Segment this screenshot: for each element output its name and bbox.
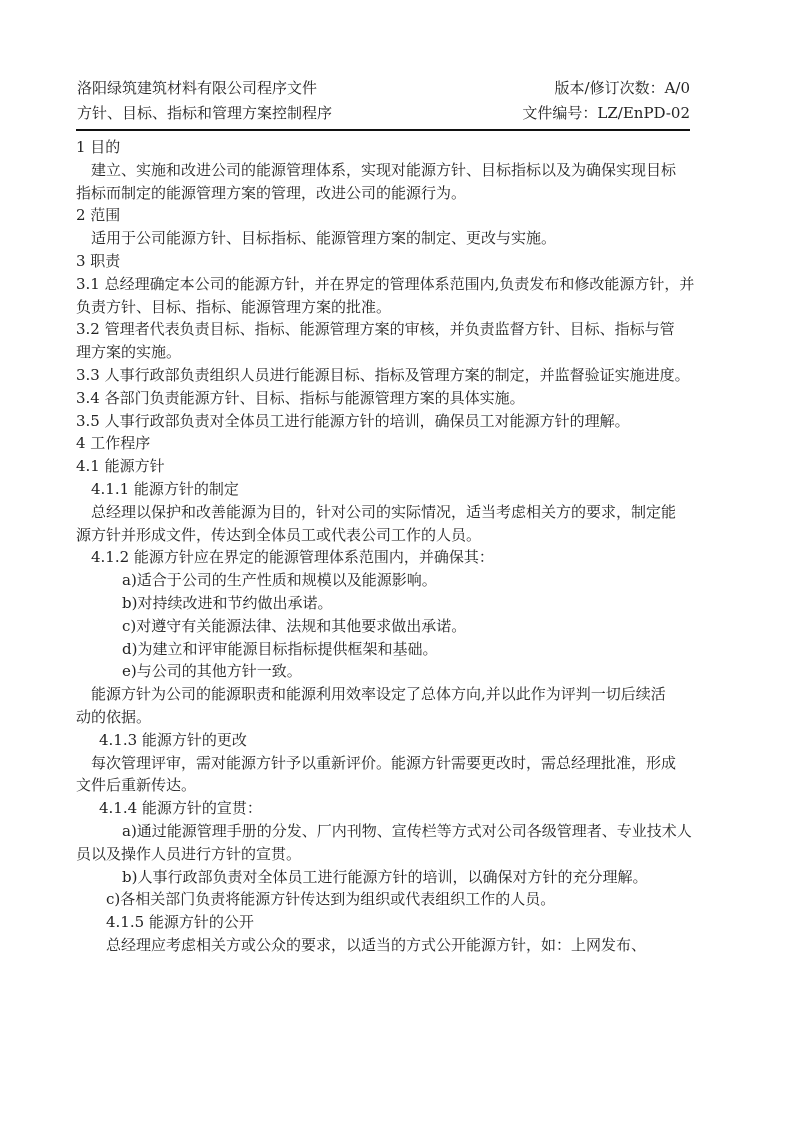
text-line: a)通过能源管理手册的分发、厂内刊物、宣传栏等方式对公司各级管理者、专业技术人: [76, 820, 716, 843]
text-line: e)与公司的其他方针一致。: [76, 660, 716, 683]
text-line: 4.1.2 能源方针应在界定的能源管理体系范围内，并确保其：: [76, 546, 716, 569]
text-line: 3.3 人事行政部负责组织人员进行能源目标、指标及管理方案的制定，并监督验证实施…: [76, 364, 716, 387]
text-line: 4.1.3 能源方针的更改: [76, 729, 716, 752]
text-line: 总经理以保护和改善能源为目的，针对公司的实际情况，适当考虑相关方的要求，制定能: [76, 501, 716, 524]
text-line: 总经理应考虑相关方或公众的要求，以适当的方式公开能源方针，如：上网发布、: [76, 934, 716, 957]
document-body: 1 目的建立、实施和改进公司的能源管理体系，实现对能源方针、目标指标以及为确保实…: [76, 136, 716, 957]
text-line: a)适合于公司的生产性质和规模以及能源影响。: [76, 569, 716, 592]
text-line: 动的依据。: [76, 706, 716, 729]
text-line: 4.1 能源方针: [76, 455, 716, 478]
text-line: 3.5 人事行政部负责对全体员工进行能源方针的培训，确保员工对能源方针的理解。: [76, 410, 716, 433]
document-page: 洛阳绿筑建筑材料有限公司程序文件 版本/修订次数：A/0 方针、目标、指标和管理…: [0, 0, 800, 1130]
text-line: 源方针并形成文件，传达到全体员工或代表公司工作的人员。: [76, 524, 716, 547]
text-line: 建立、实施和改进公司的能源管理体系，实现对能源方针、目标指标以及为确保实现目标: [76, 159, 716, 182]
text-line: 3.1 总经理确定本公司的能源方针，并在界定的管理体系范围内,负责发布和修改能源…: [76, 273, 716, 296]
version-label: 版本/修订次数：A/0: [555, 77, 690, 99]
text-line: 3.2 管理者代表负责目标、指标、能源管理方案的审核，并负责监督方针、目标、指标…: [76, 318, 716, 341]
document-number: 文件编号：LZ/EnPD-02: [522, 102, 690, 124]
text-line: 4.1.4 能源方针的宣贯：: [76, 797, 716, 820]
company-title: 洛阳绿筑建筑材料有限公司程序文件: [77, 77, 317, 99]
document-title: 方针、目标、指标和管理方案控制程序: [77, 102, 332, 124]
text-line: 能源方针为公司的能源职责和能源利用效率设定了总体方向,并以此作为评判一切后续活: [76, 683, 716, 706]
text-line: 3.4 各部门负责能源方针、目标、指标与能源管理方案的具体实施。: [76, 387, 716, 410]
text-line: 1 目的: [76, 136, 716, 159]
text-line: 每次管理评审，需对能源方针予以重新评价。能源方针需要更改时，需总经理批准，形成: [76, 752, 716, 775]
text-line: 文件后重新传达。: [76, 774, 716, 797]
text-line: 2 范围: [76, 204, 716, 227]
text-line: c)对遵守有关能源法律、法规和其他要求做出承诺。: [76, 615, 716, 638]
text-line: 理方案的实施。: [76, 341, 716, 364]
text-line: b)人事行政部负责对全体员工进行能源方针的培训，以确保对方针的充分理解。: [76, 866, 716, 889]
text-line: c)各相关部门负责将能源方针传达到为组织或代表组织工作的人员。: [76, 888, 716, 911]
header-divider: [76, 129, 690, 131]
text-line: 3 职责: [76, 250, 716, 273]
text-line: d)为建立和评审能源目标指标提供框架和基础。: [76, 638, 716, 661]
text-line: 4.1.1 能源方针的制定: [76, 478, 716, 501]
text-line: 4 工作程序: [76, 432, 716, 455]
text-line: 员以及操作人员进行方针的宣贯。: [76, 843, 716, 866]
text-line: 4.1.5 能源方针的公开: [76, 911, 716, 934]
text-line: 指标而制定的能源管理方案的管理，改进公司的能源行为。: [76, 182, 716, 205]
text-line: 负责方针、目标、指标、能源管理方案的批准。: [76, 296, 716, 319]
text-line: 适用于公司能源方针、目标指标、能源管理方案的制定、更改与实施。: [76, 227, 716, 250]
text-line: b)对持续改进和节约做出承诺。: [76, 592, 716, 615]
